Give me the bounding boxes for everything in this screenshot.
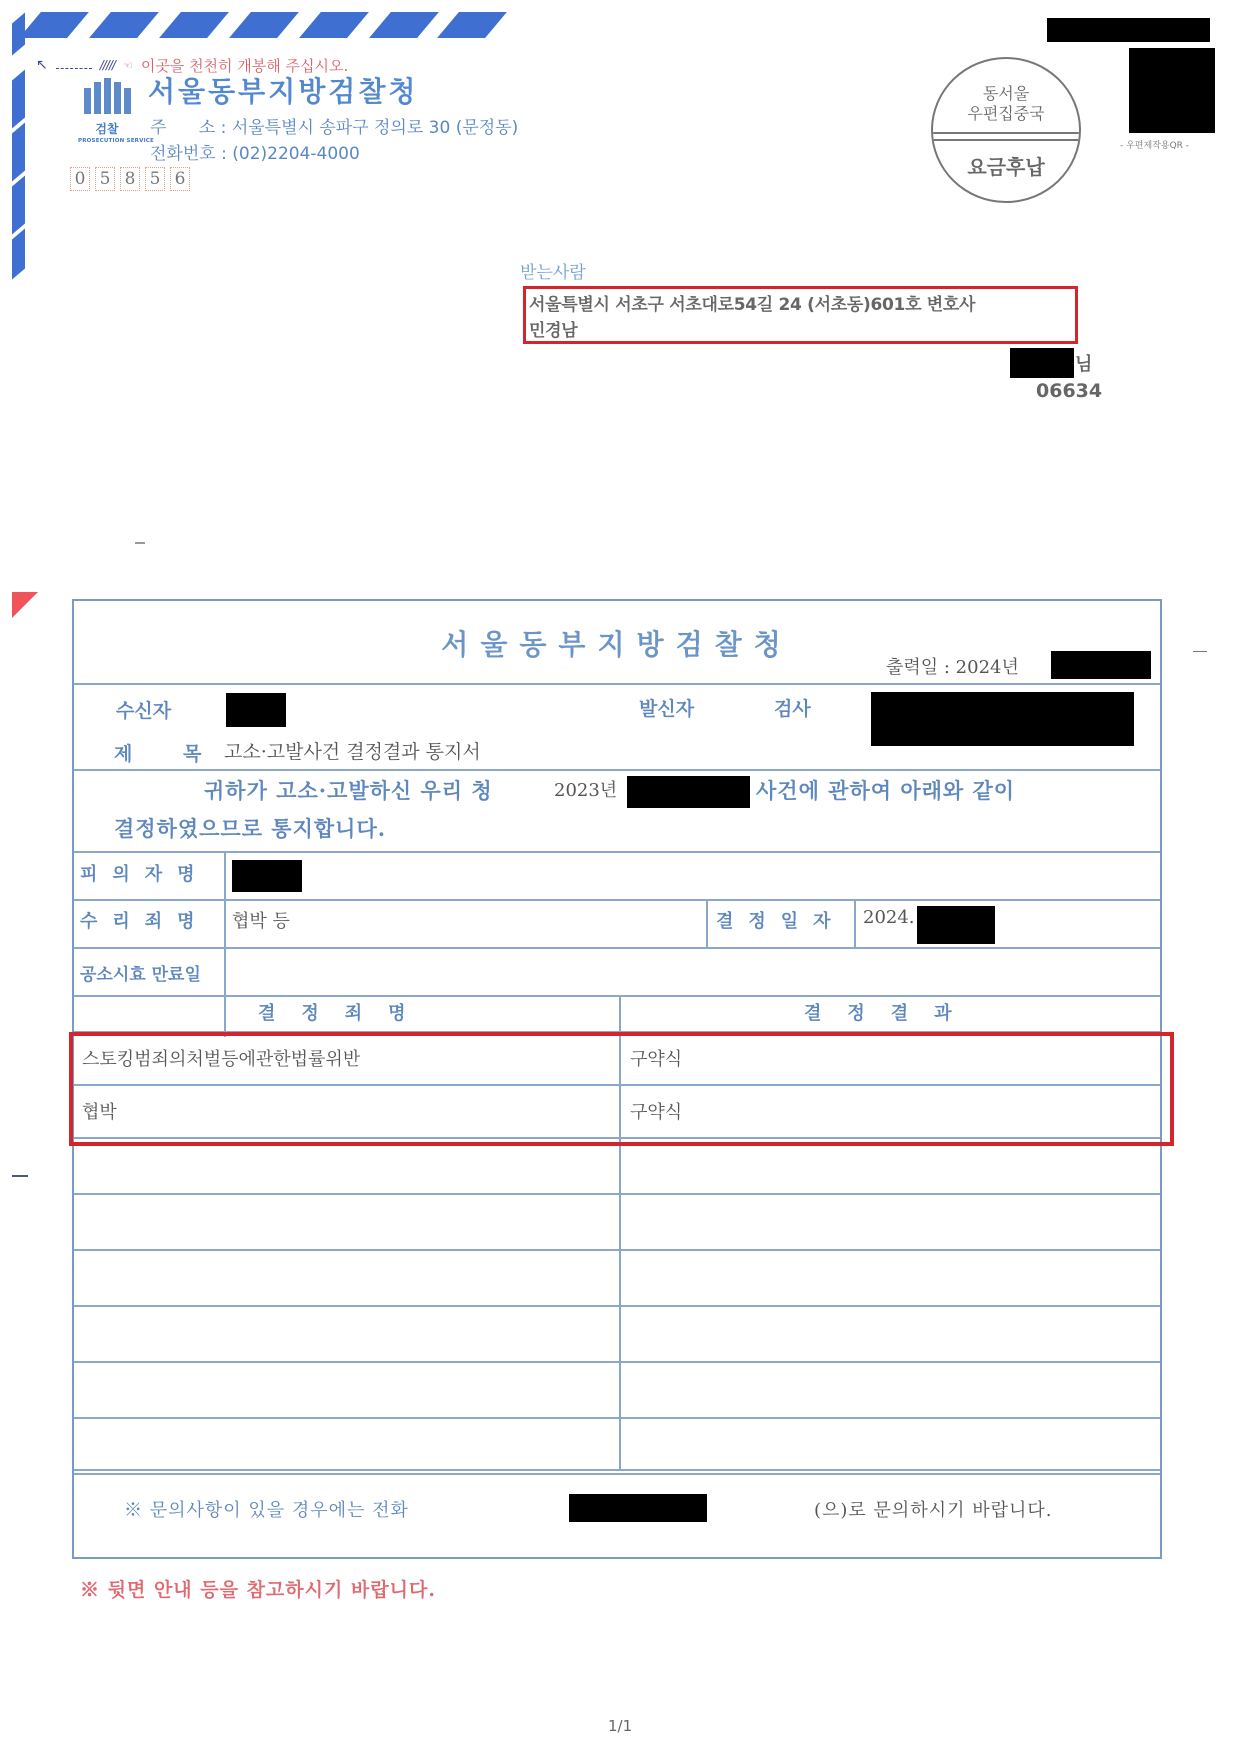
page-number: 1/1 [608,1717,632,1735]
redacted-print-date [1051,651,1151,679]
sender-field-label: 발신자 [639,694,694,721]
redacted-phone [569,1494,707,1522]
border-stripe [299,12,369,38]
row-divider [74,1249,1160,1251]
row-divider [74,1469,1160,1471]
crime-label: 수리죄명 [80,907,210,933]
sender-phone: 전화번호 : (02)2204-4000 [150,139,360,164]
table-header-charge: 결정죄명 [258,999,432,1025]
border-stripe [229,12,299,38]
border-stripe [19,12,89,38]
redacted-qr-code [1129,48,1215,133]
notice-text: 결정하였으므로 통지합니다. [114,813,386,843]
row-divider [74,769,1160,771]
arrow-up-left-icon: ↖ [36,58,48,72]
notice-year: 2023년 [554,776,617,802]
border-stripe [437,12,507,38]
row-divider [74,1473,1160,1475]
scan-mark [12,1175,28,1177]
redacted-recipient-name [1010,348,1074,378]
address-value: 서울특별시 송파구 정의로 30 (문정동) [232,118,518,138]
row-divider [74,899,1160,901]
table-header-result: 결정결과 [804,999,978,1025]
logo-subtext: PROSECUTION SERVICE [78,138,136,144]
recipient-zip: 06634 [1036,380,1102,402]
column-divider [854,899,856,947]
row-divider [74,995,1160,997]
border-stripe [89,12,159,38]
row-divider [74,683,1160,685]
prosecution-logo: 검찰 PROSECUTION SERVICE [78,78,136,144]
phone-label: 전화번호 [150,144,216,164]
crime-value: 협박 등 [232,907,290,933]
redacted-suspect-name [232,860,302,892]
logo-text: 검찰 [78,120,136,137]
scan-mark [135,542,145,544]
logo-bars-icon [78,78,136,114]
scan-mark [1193,651,1207,652]
redacted-block [1047,18,1210,42]
zip-digit: 8 [120,167,140,191]
tear-line [56,61,92,69]
sender-zip-boxes: 0 5 8 5 6 [70,167,190,191]
border-stripe [12,176,25,235]
postmark-payment: 요금후납 [933,151,1079,180]
phone-value: (02)2204-4000 [232,144,360,164]
recipient-name-line: 민경남 [529,318,1072,344]
subject-value: 고소·고발사건 결정결과 통지서 [224,737,481,764]
suspect-label: 피의자명 [80,860,210,886]
corner-triangle-marker [12,592,38,618]
statute-limitation-label: 공소시효 만료일 [80,960,201,985]
redacted-case-number [627,776,750,808]
decision-results-highlight [69,1032,1174,1146]
row-divider [74,851,1160,853]
print-date-label: 출력일 : 2024년 [886,653,1019,679]
redacted-decision-date [917,906,995,944]
postmark-line1: 동서울 [933,84,1079,104]
sender-role: 검사 [774,694,811,721]
decision-date-value: 2024. [863,907,915,928]
column-divider [224,851,226,1037]
hatch-marks-icon: ///// [100,58,115,72]
border-stripe [159,12,229,38]
postmark-line2: 우편집중국 [933,104,1079,124]
postage-postmark: 동서울 우편집중국 요금후납 [931,57,1081,203]
notice-text: 사건에 관하여 아래와 같이 [756,775,1015,805]
contact-note-tail: (으)로 문의하시기 바랍니다. [814,1496,1052,1522]
recipient-honorific: 님 [1075,350,1092,376]
recipient-label: 받는사람 [520,258,586,283]
border-stripe [12,229,25,280]
contact-note: ※ 문의사항이 있을 경우에는 전화 [124,1496,409,1522]
border-stripe [12,13,25,56]
sender-org-name: 서울동부지방검찰청 [148,70,418,110]
address-label: 주 소 [150,118,215,138]
notice-text: 귀하가 고소·고발하신 우리 청 [204,775,493,805]
border-stripe [369,12,439,38]
column-divider [706,899,708,947]
border-stripe [12,70,25,129]
pointing-hand-icon: ☜ [123,59,133,72]
border-stripe [12,123,25,182]
zip-digit: 0 [70,167,90,191]
redacted-recipient [226,693,286,727]
qr-caption: - 우편제작용QR - [1120,138,1189,151]
back-side-note: ※ 뒷면 안내 등을 참고하시기 바랍니다. [80,1575,436,1602]
sender-address: 주 소 : 서울특별시 송파구 정의로 30 (문정동) [150,113,518,138]
row-divider [74,1305,1160,1307]
postmark-divider [933,139,1079,141]
recipient-address-highlight: 서울특별시 서초구 서초대로54길 24 (서초동)601호 변호사 민경남 [523,286,1078,344]
postmark-office: 동서울 우편집중국 [933,84,1079,124]
row-divider [74,1417,1160,1419]
postmark-divider [933,132,1079,134]
decision-date-label: 결정일자 [716,907,846,933]
row-divider [74,947,1160,949]
zip-digit: 5 [145,167,165,191]
row-divider [74,1193,1160,1195]
recipient-address: 서울특별시 서초구 서초대로54길 24 (서초동)601호 변호사 [529,292,1072,318]
row-divider [74,1361,1160,1363]
subject-label: 제 목 [114,739,223,766]
zip-digit: 5 [95,167,115,191]
recipient-field-label: 수신자 [116,696,171,723]
zip-digit: 6 [170,167,190,191]
redacted-prosecutor-name [871,692,1134,746]
